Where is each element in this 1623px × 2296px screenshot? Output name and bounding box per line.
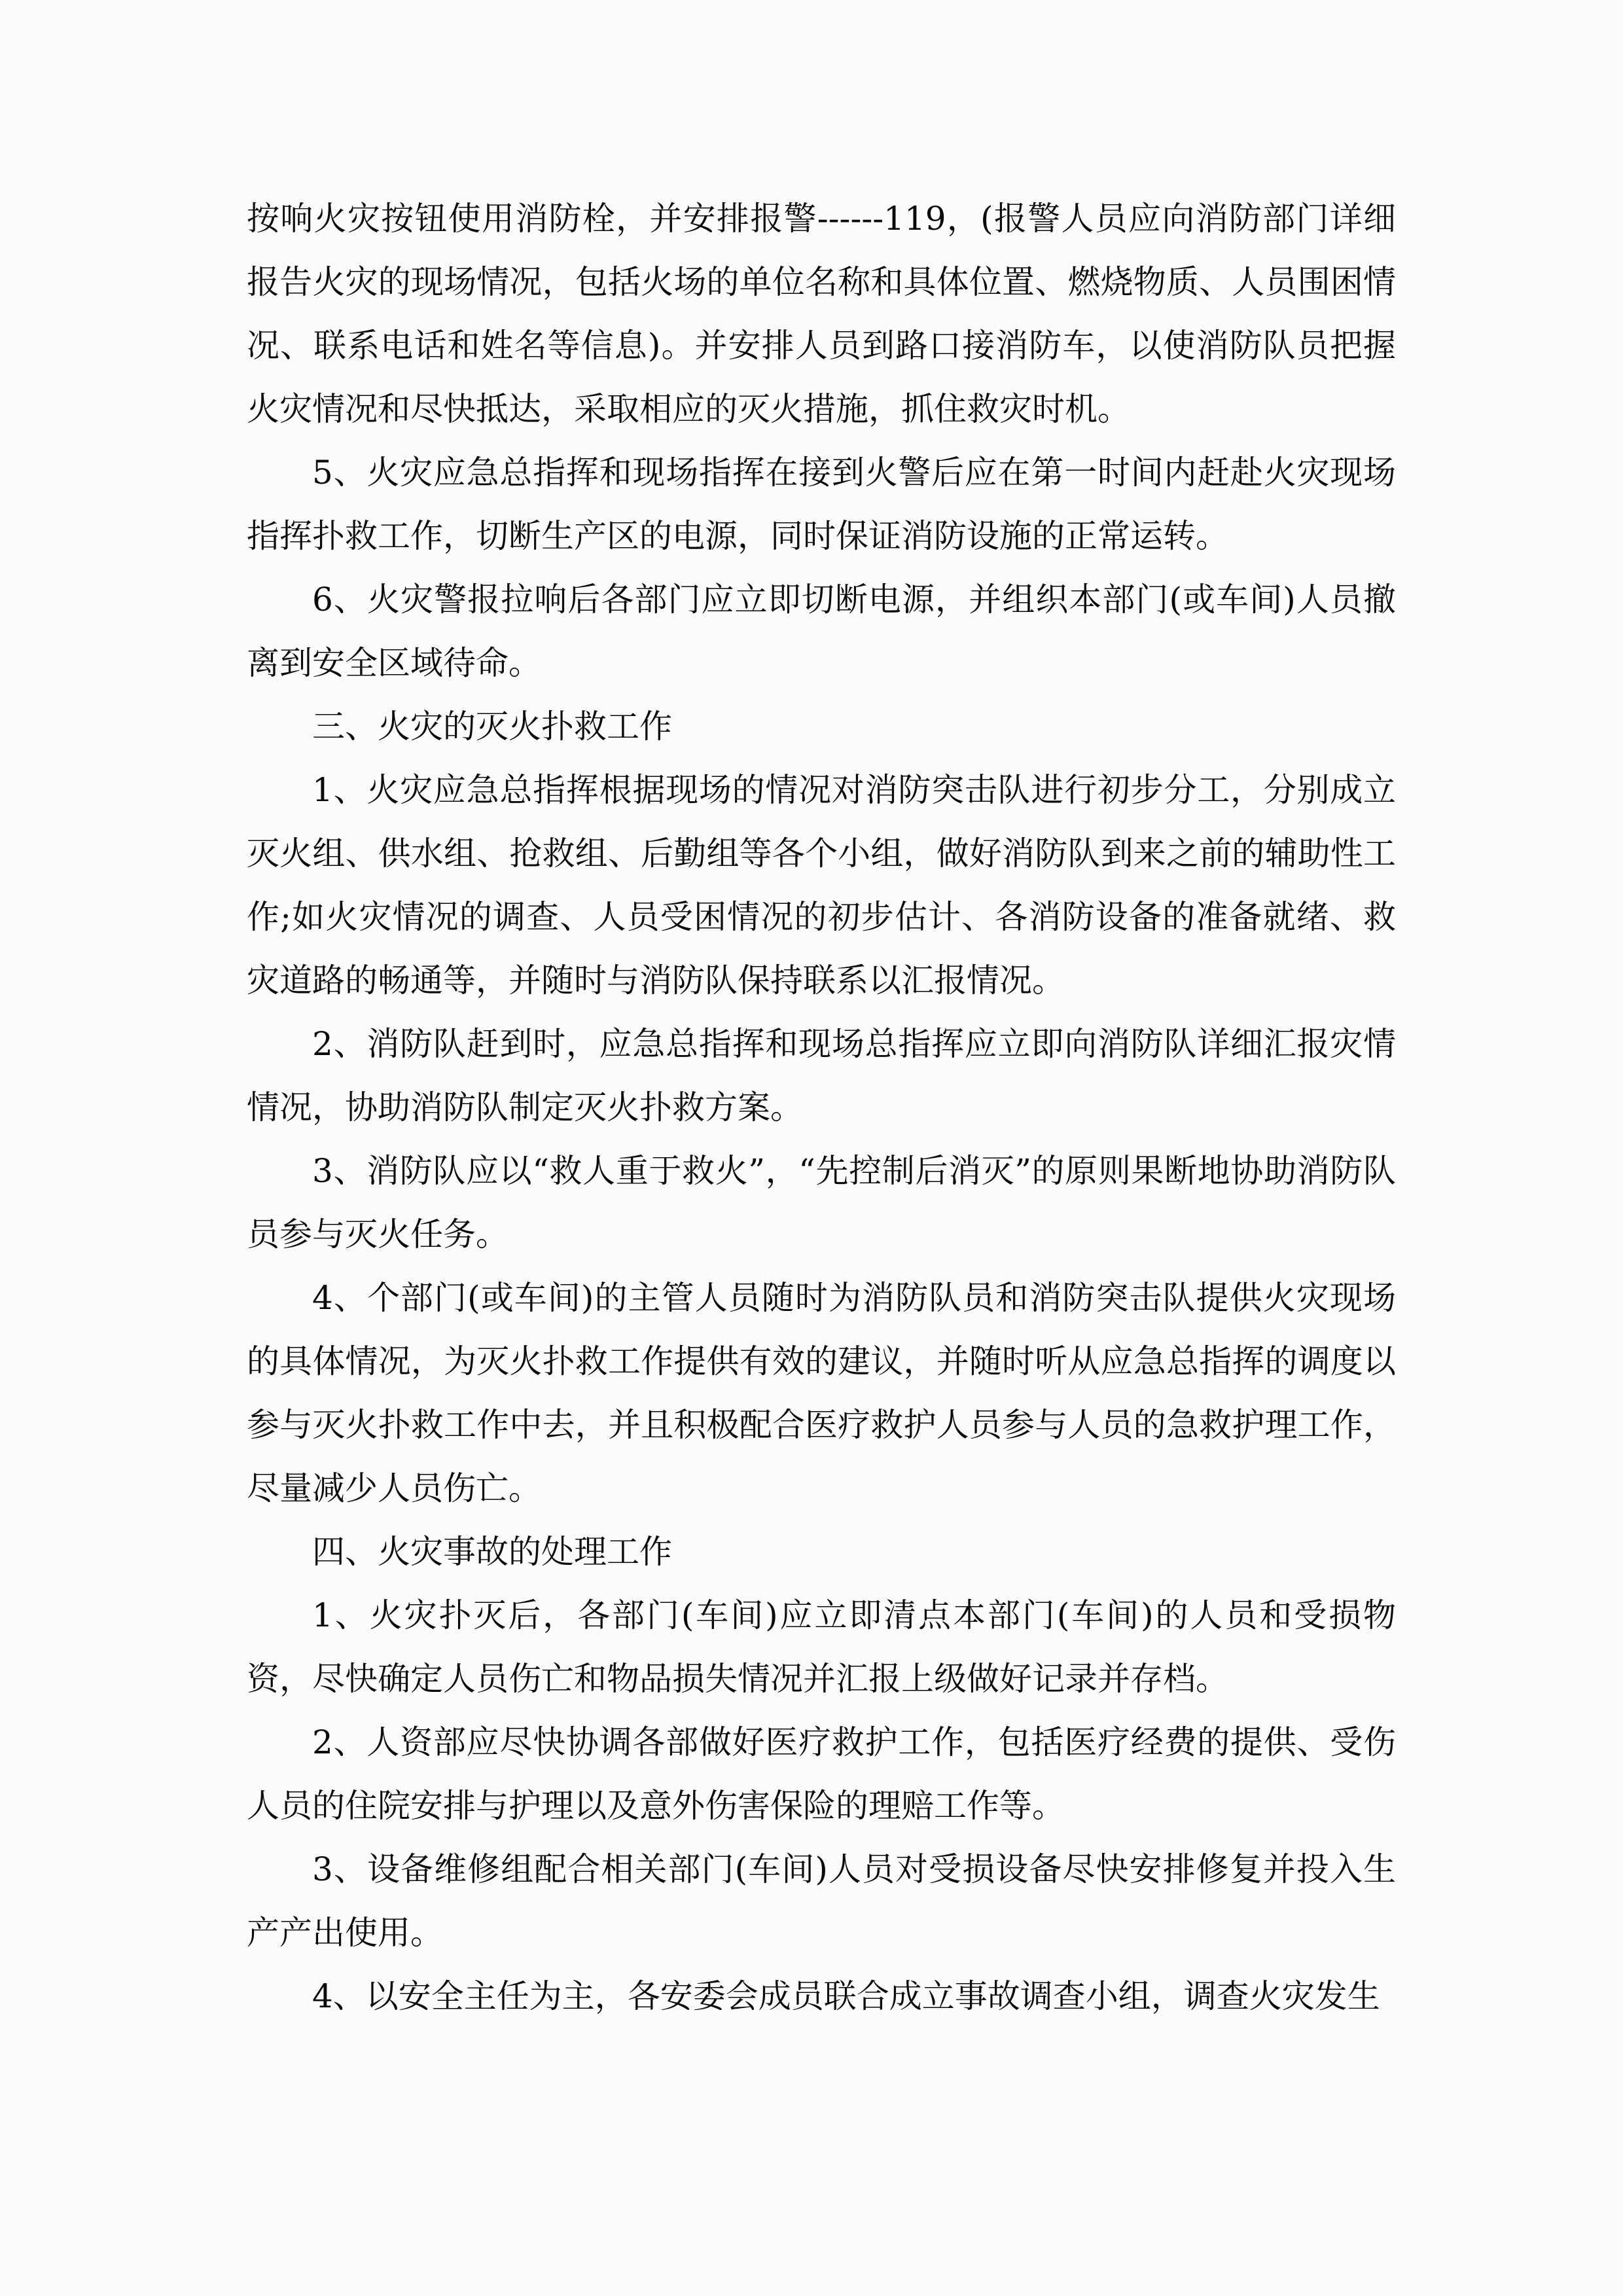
paragraph: 按响火灾按钮使用消防栓，并安排报警------119，(报警人员应向消防部门详细…	[247, 187, 1396, 441]
paragraph: 2、消防队赶到时，应急总指挥和现场总指挥应立即向消防队详细汇报灾情情况，协助消防…	[247, 1013, 1396, 1139]
paragraph: 1、火灾扑灭后，各部门(车间)应立即清点本部门(车间)的人员和受损物资，尽快确定…	[247, 1584, 1396, 1711]
document-page: 按响火灾按钮使用消防栓，并安排报警------119，(报警人员应向消防部门详细…	[0, 0, 1623, 2296]
paragraph: 6、火灾警报拉响后各部门应立即切断电源，并组织本部门(或车间)人员撤离到安全区域…	[247, 568, 1396, 695]
paragraph: 4、以安全主任为主，各安委会成员联合成立事故调查小组，调查火灾发生	[247, 1965, 1396, 2028]
document-body: 按响火灾按钮使用消防栓，并安排报警------119，(报警人员应向消防部门详细…	[247, 187, 1396, 2028]
paragraph: 四、火灾事故的处理工作	[247, 1520, 1396, 1584]
paragraph: 2、人资部应尽快协调各部做好医疗救护工作，包括医疗经费的提供、受伤人员的住院安排…	[247, 1711, 1396, 1838]
paragraph: 三、火灾的灭火扑救工作	[247, 695, 1396, 759]
paragraph: 4、个部门(或车间)的主管人员随时为消防队员和消防突击队提供火灾现场的具体情况，…	[247, 1266, 1396, 1520]
paragraph: 3、设备维修组配合相关部门(车间)人员对受损设备尽快安排修复并投入生产产出使用。	[247, 1838, 1396, 1965]
paragraph: 3、消防队应以“救人重于救火”，“先控制后消灭”的原则果断地协助消防队员参与灭火…	[247, 1139, 1396, 1266]
paragraph: 5、火灾应急总指挥和现场指挥在接到火警后应在第一时间内赶赴火灾现场指挥扑救工作，…	[247, 441, 1396, 568]
paragraph: 1、火灾应急总指挥根据现场的情况对消防突击队进行初步分工，分别成立灭火组、供水组…	[247, 759, 1396, 1013]
